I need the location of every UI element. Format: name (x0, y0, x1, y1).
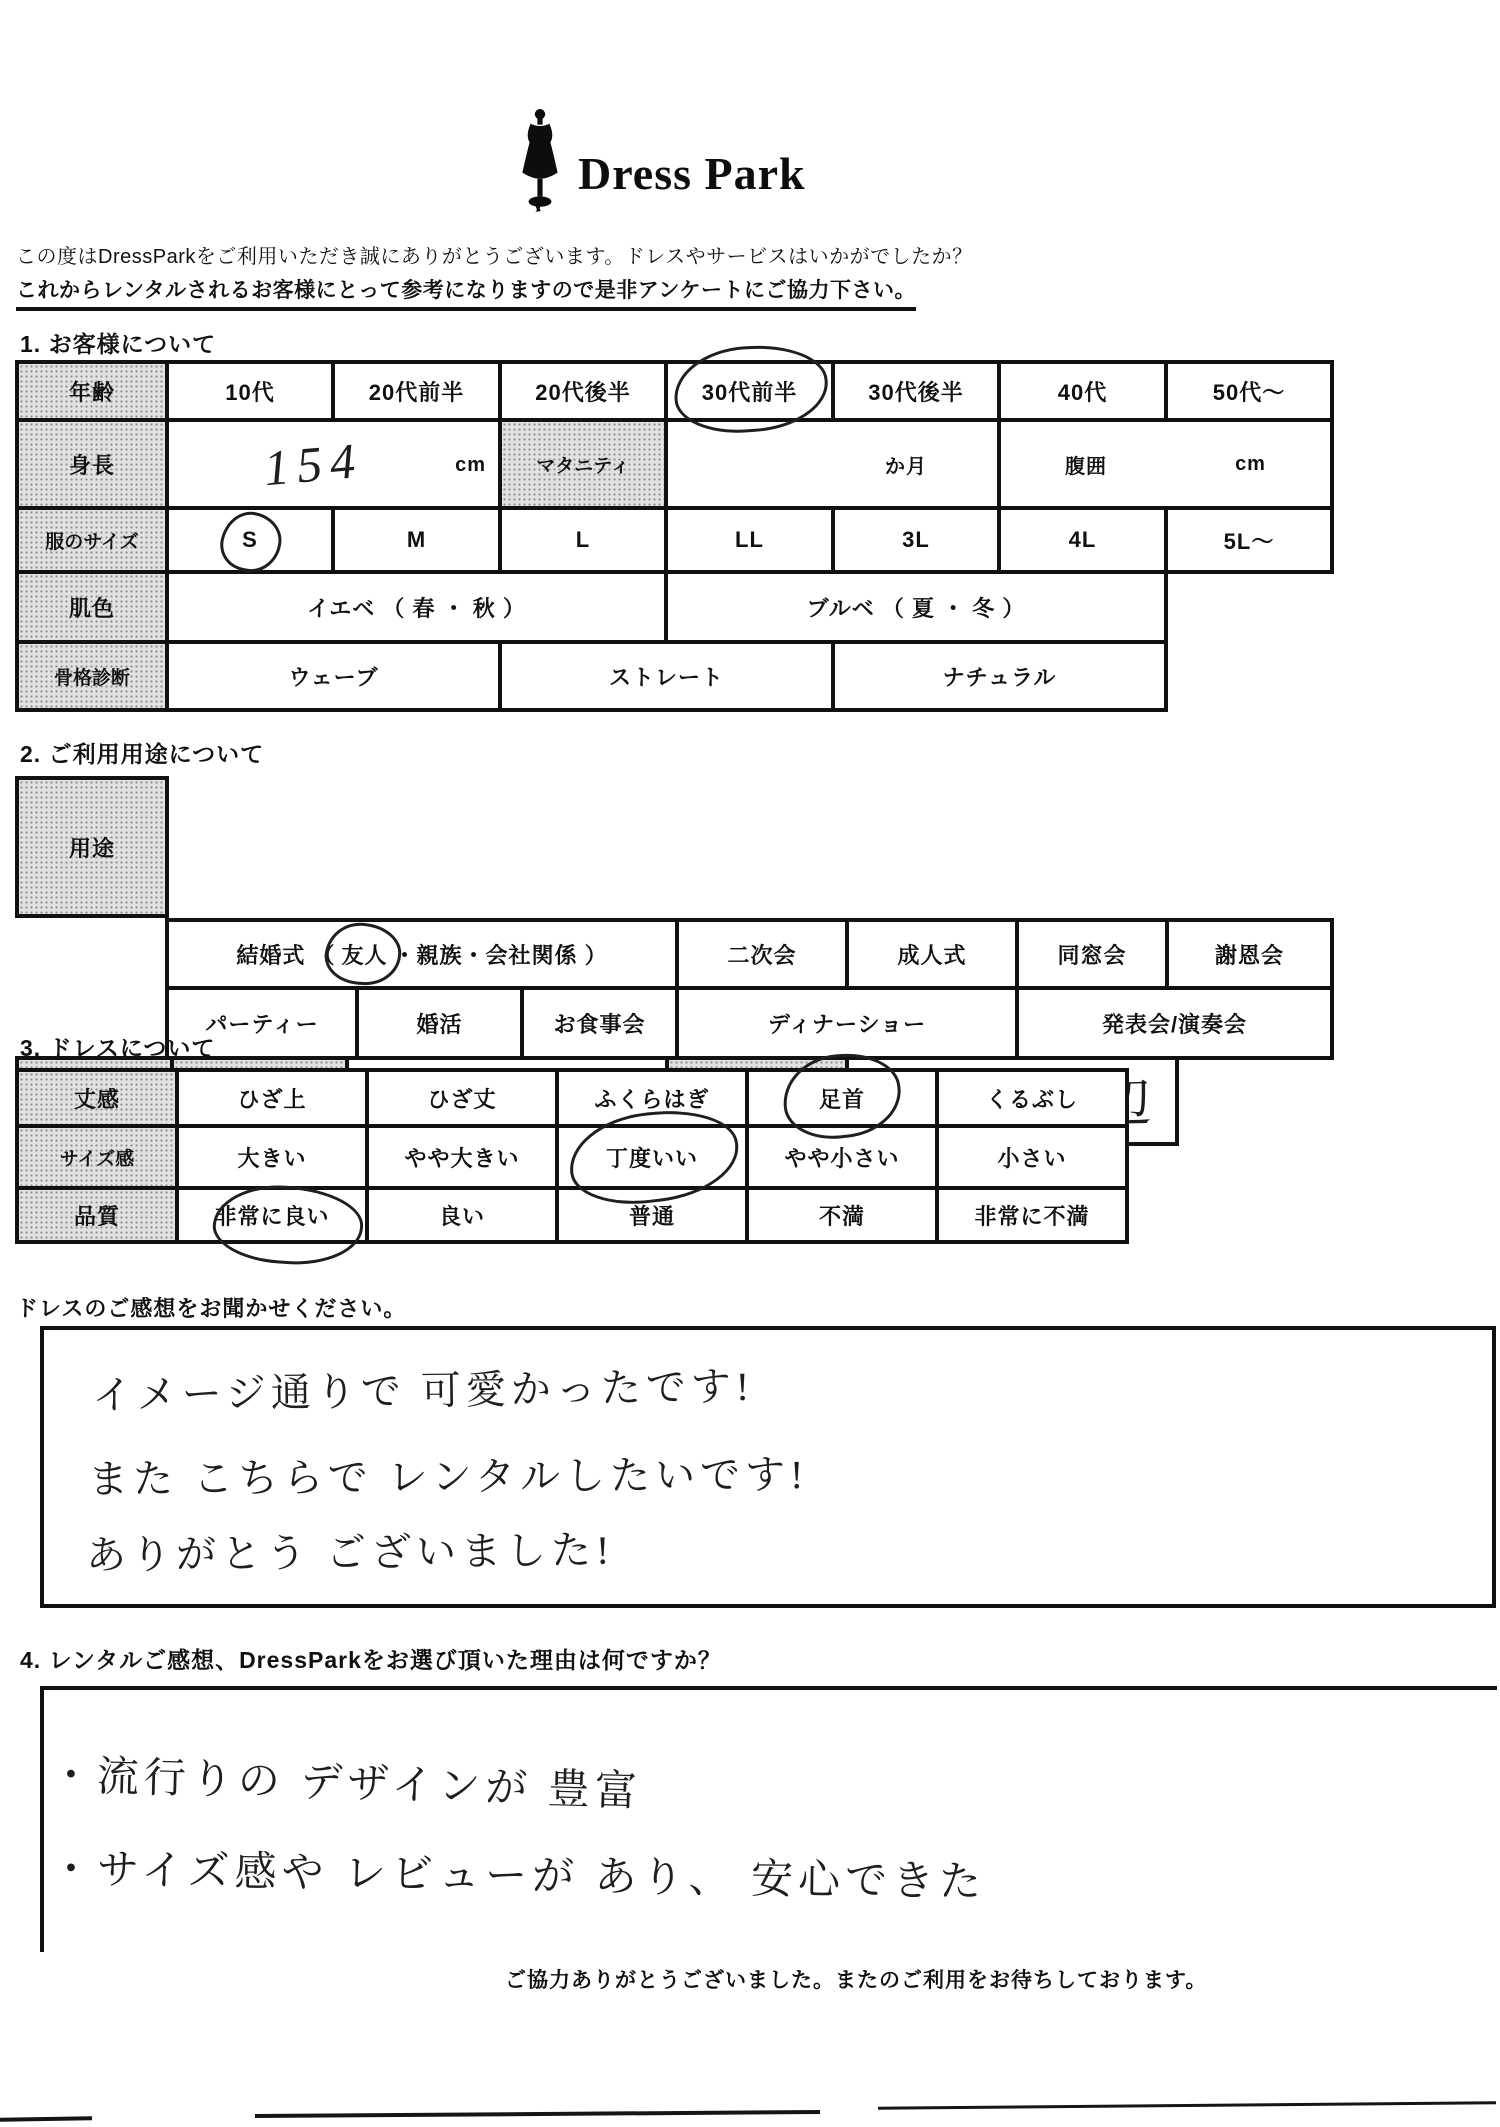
skeleton-row: 骨格診断 ウェーブ ストレート ナチュラル (15, 640, 1334, 712)
quality-option-very-dissatisfied: 非常に不満 (935, 1186, 1129, 1244)
fit-option-slightly-big: やや大きい (365, 1124, 559, 1190)
purpose-row-2: パーティー 婚活 お食事会 ディナーショー 発表会/演奏会 (165, 986, 1335, 1060)
size-option-s: S (165, 506, 335, 574)
feedback-line-2: また こちらで レンタルしたいです! (88, 1443, 809, 1505)
scan-artifact-line (878, 2101, 1496, 2109)
skeleton-option-natural: ナチュラル (831, 640, 1168, 712)
size-option-5l: 5L〜 (1164, 506, 1334, 574)
dress-form-icon (516, 108, 564, 212)
reason-line-2: ・サイズ感や レビューが あり、 安心できた (50, 1836, 987, 1909)
age-label-cell: 年齢 (15, 360, 169, 422)
age-row: 年齢 10代 20代前半 20代後半 30代前半 30代後半 40代 50代〜 (15, 360, 1334, 422)
purpose-option-thanks-party: 謝恩会 (1165, 918, 1334, 990)
customer-table: 年齢 10代 20代前半 20代後半 30代前半 30代後半 40代 50代〜 … (15, 360, 1334, 712)
size-label-cell: 服のサイズ (15, 506, 169, 574)
fit-row: サイズ感 大きい やや大きい 丁度いい やや小さい 小さい (15, 1124, 1129, 1190)
quality-option-normal: 普通 (555, 1186, 749, 1244)
section1-title: 1. お客様について (20, 326, 216, 359)
length-option-ankle: 足首 (745, 1068, 939, 1128)
fit-option-big: 大きい (175, 1124, 369, 1190)
section3-title: 3. ドレスについて (20, 1030, 215, 1063)
size-option-m: M (331, 506, 502, 574)
intro-line-1: この度はDressParkをご利用いただき誠にありがとうございます。ドレスやサー… (16, 240, 973, 269)
size-row: 服のサイズ S M L LL 3L 4L 5L〜 (15, 506, 1334, 574)
length-option-anklebone: くるぶし (935, 1068, 1129, 1128)
purpose-label-cell: 用途 (15, 776, 169, 918)
logo: Dress Park (516, 108, 806, 212)
quality-row: 品質 非常に良い 良い 普通 不満 非常に不満 (15, 1186, 1129, 1244)
length-option-calf: ふくらはぎ (555, 1068, 749, 1128)
purpose-option-dinner-party: お食事会 (520, 986, 679, 1060)
bullet-mark: ・ (49, 1753, 97, 1800)
skeleton-label-cell: 骨格診断 (15, 640, 169, 712)
age-option-40s: 40代 (997, 360, 1168, 422)
size-option-3l: 3L (831, 506, 1001, 574)
skin-option-blue-base: ブルベ （ 夏 ・ 冬 ） (664, 570, 1168, 644)
fit-option-just-right: 丁度いい (555, 1124, 749, 1190)
reason-line-1: ・流行りの デザインが 豊富 (49, 1742, 643, 1819)
maternity-months-cell: か月 (664, 418, 1001, 510)
scanned-survey-page: Dress Park この度はDressParkをご利用いただき誠にありがとうご… (0, 0, 1500, 2127)
size-option-l: L (498, 506, 668, 574)
skin-row: 肌色 イエベ （ 春 ・ 秋 ） ブルベ （ 夏 ・ 冬 ） (15, 570, 1334, 644)
section4-title: 4. レンタルご感想、DressParkをお選び頂いた理由は何ですか？ (20, 1642, 722, 1675)
wedding-circled-option: 友人 (335, 939, 393, 970)
size-option-ll: LL (664, 506, 835, 574)
waist-cell: 腹囲 cm (997, 418, 1334, 510)
bullet-mark: ・ (50, 1847, 98, 1894)
length-option-knee: ひざ丈 (365, 1068, 559, 1128)
purpose-row-1: 結婚式 （ 友人 ・親族・会社関係 ） 二次会 成人式 同窓会 謝恩会 (165, 918, 1335, 990)
length-label-cell: 丈感 (15, 1068, 179, 1128)
purpose-option-coming-of-age: 成人式 (845, 918, 1019, 990)
purpose-option-wedding: 結婚式 （ 友人 ・親族・会社関係 ） (165, 918, 679, 990)
size-option-4l: 4L (997, 506, 1168, 574)
dress-table: 丈感 ひざ上 ひざ丈 ふくらはぎ 足首 くるぶし サイズ感 大きい やや大きい … (15, 1068, 1129, 1244)
quality-option-dissatisfied: 不満 (745, 1186, 939, 1244)
height-unit: cm (455, 454, 486, 477)
brand-name: Dress Park (578, 121, 806, 200)
intro-line-2: これからレンタルされるお客様にとって参考になりますので是非アンケートにご協力下さ… (16, 274, 916, 311)
age-option-early30s: 30代前半 (664, 360, 835, 422)
footer-thanks: ご協力ありがとうございました。またのご利用をお待ちしております。 (505, 1964, 1207, 1994)
age-option-late30s: 30代後半 (831, 360, 1001, 422)
fit-option-slightly-small: やや小さい (745, 1124, 939, 1190)
quality-option-good: 良い (365, 1186, 559, 1244)
feedback-line-1: イメージ通りで 可愛かったです! (92, 1355, 755, 1421)
dress-feedback-box: イメージ通りで 可愛かったです! また こちらで レンタルしたいです! ありがと… (40, 1326, 1496, 1608)
quality-label-cell: 品質 (15, 1186, 179, 1244)
purpose-option-dinner-show: ディナーショー (675, 986, 1019, 1060)
quality-option-very-good: 非常に良い (175, 1186, 369, 1244)
skin-option-yellow-base: イエベ （ 春 ・ 秋 ） (165, 570, 668, 644)
purpose-option-reunion: 同窓会 (1015, 918, 1169, 990)
fit-label-cell: サイズ感 (15, 1124, 179, 1190)
skeleton-option-wave: ウェーブ (165, 640, 502, 712)
scan-artifact-line (255, 2110, 820, 2118)
purpose-option-recital: 発表会/演奏会 (1015, 986, 1334, 1060)
height-handwritten-value: 154 (262, 431, 366, 497)
length-row: 丈感 ひざ上 ひざ丈 ふくらはぎ 足首 くるぶし (15, 1068, 1129, 1128)
purpose-option-afterparty: 二次会 (675, 918, 849, 990)
skeleton-option-straight: ストレート (498, 640, 835, 712)
height-value-cell: 154 cm (165, 418, 502, 510)
maternity-cell: マタニティ (498, 418, 668, 510)
height-label-cell: 身長 (15, 418, 169, 510)
fit-option-small: 小さい (935, 1124, 1129, 1190)
reason-box: ・流行りの デザインが 豊富 ・サイズ感や レビューが あり、 安心できた (40, 1686, 1497, 1952)
age-option-50s: 50代〜 (1164, 360, 1334, 422)
section2-title: 2. ご利用用途について (20, 736, 264, 769)
age-option-10s: 10代 (165, 360, 335, 422)
length-option-above-knee: ひざ上 (175, 1068, 369, 1128)
height-row: 身長 154 cm マタニティ か月 腹囲 cm (15, 418, 1334, 510)
scan-artifact-line (0, 2116, 92, 2122)
age-option-early20s: 20代前半 (331, 360, 502, 422)
age-option-late20s: 20代後半 (498, 360, 668, 422)
purpose-option-konkatsu: 婚活 (355, 986, 524, 1060)
skin-label-cell: 肌色 (15, 570, 169, 644)
feedback-line-3: ありがとう ございました! (86, 1518, 615, 1581)
dress-feedback-label: ドレスのご感想をお聞かせください。 (16, 1292, 406, 1323)
